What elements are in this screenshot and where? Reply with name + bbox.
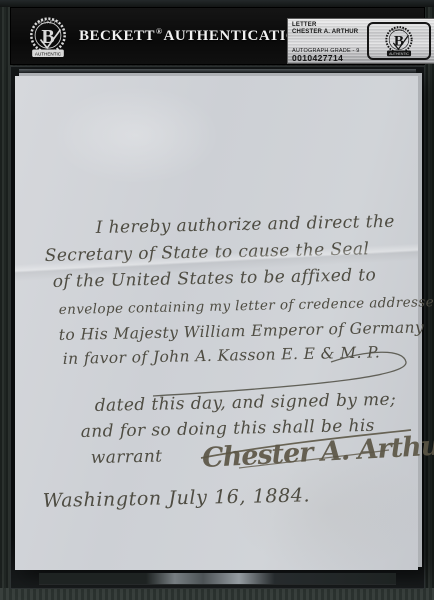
label-logo-box [367,22,431,60]
beckett-logo-icon [380,22,418,60]
brand-name: BECKETT [79,28,155,45]
letter-line: warrant [91,447,163,468]
beckett-logo-icon [23,12,73,62]
letter-line: Secretary of State to cause the Seal [45,239,370,266]
item-subject: CHESTER A. ARTHUR [292,29,367,36]
letter-document: I hereby authorize and direct the Secret… [15,76,418,570]
header-bar: BECKETT®AUTHENTICATION SERVICES LETTER C… [10,7,425,65]
case-edge-top [0,0,434,7]
grading-label-text: LETTER CHESTER A. ARTHUR AUTOGRAPH GRADE… [288,19,367,63]
display-window: I hereby authorize and direct the Secret… [10,66,425,589]
graded-slab-case: BECKETT B AUTHENTIC BECKETT®AUTHENTICATI… [0,0,434,600]
case-edge-bottom [0,588,434,600]
window-bevel-top [19,69,416,73]
grading-label: LETTER CHESTER A. ARTHUR AUTOGRAPH GRADE… [287,18,434,64]
window-bevel-bottom [39,573,396,584]
cert-number: 0010427714 [292,54,367,63]
registered-mark: ® [156,27,162,36]
item-type: LETTER [292,22,367,29]
